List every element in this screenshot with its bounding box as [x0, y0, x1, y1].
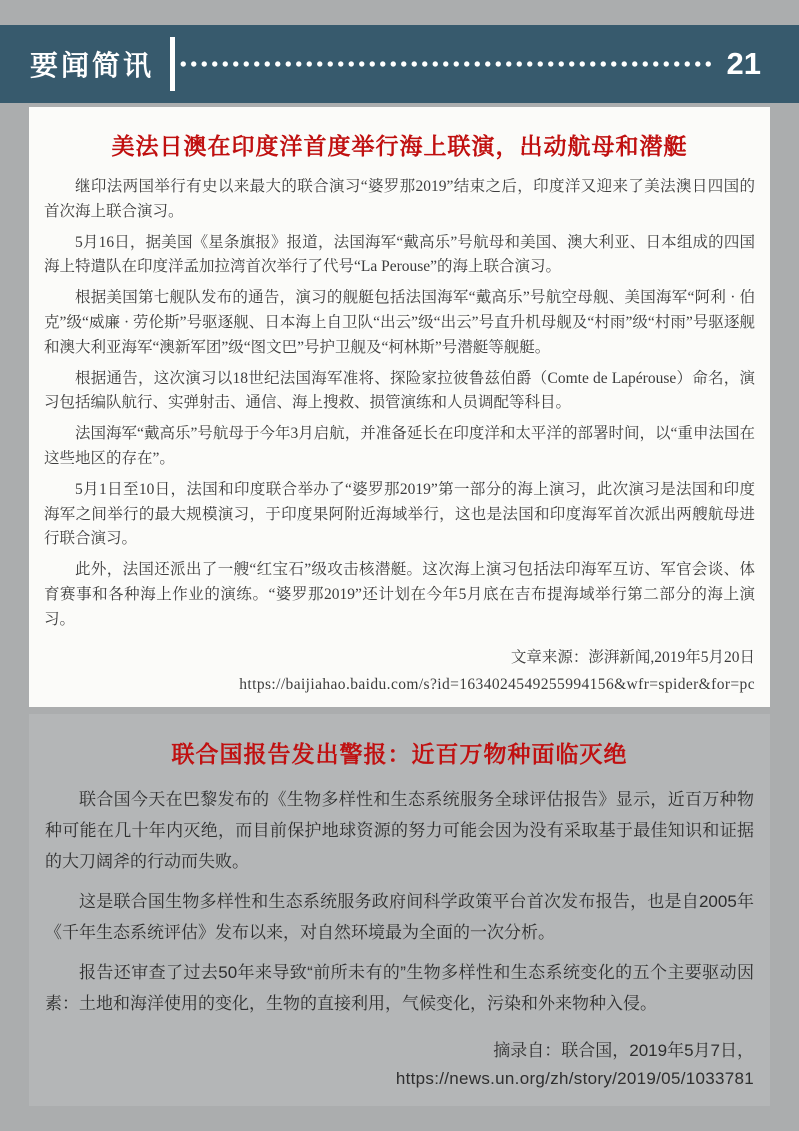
- article1-paragraph: 5月1日至10日，法国和印度联合举办了“婆罗那2019”第一部分的海上演习，此次…: [44, 478, 755, 552]
- article2-paragraph: 这是联合国生物多样性和生态系统服务政府间科学政策平台首次发布报告，也是自2005…: [45, 887, 754, 949]
- header-divider-bar: [170, 37, 175, 91]
- article1-paragraph: 根据通告，这次演习以18世纪法国海军准将、探险家拉彼鲁兹伯爵（Comte de …: [44, 367, 755, 417]
- article2-paragraph: 联合国今天在巴黎发布的《生物多样性和生态系统服务全球评估报告》显示，近百万种物种…: [45, 785, 754, 878]
- dotted-leader: [178, 61, 711, 67]
- article2-section: 联合国报告发出警报：近百万物种面临灭绝 联合国今天在巴黎发布的《生物多样性和生态…: [29, 714, 770, 1106]
- page: { "header": { "title": "要闻简讯", "page_num…: [0, 0, 799, 1131]
- article1-card: 美法日澳在印度洋首度举行海上联演，出动航母和潜艇 继印法两国举行有史以来最大的联…: [29, 107, 770, 707]
- article1-paragraph: 继印法两国举行有史以来最大的联合演习“婆罗那2019”结束之后，印度洋又迎来了美…: [44, 175, 755, 225]
- article2-paragraph: 报告还审查了过去50年来导致“前所未有的”生物多样性和生态系统变化的五个主要驱动…: [45, 958, 754, 1020]
- article1-source: 文章来源：澎湃新闻,2019年5月20日: [44, 645, 755, 667]
- page-number: 21: [727, 46, 761, 82]
- article2-url[interactable]: https://news.un.org/zh/story/2019/05/103…: [45, 1069, 754, 1089]
- article1-url[interactable]: https://baijiahao.baidu.com/s?id=1634024…: [44, 676, 755, 694]
- header-bar: 要闻简讯 21: [0, 25, 799, 103]
- article1-title: 美法日澳在印度洋首度举行海上联演，出动航母和潜艇: [44, 128, 755, 161]
- article1-paragraph: 5月16日，据美国《星条旗报》报道，法国海军“戴高乐”号航母和美国、澳大利亚、日…: [44, 231, 755, 281]
- article2-source: 摘录自：联合国，2019年5月7日，: [45, 1036, 754, 1061]
- article1-paragraph: 此外，法国还派出了一艘“红宝石”级攻击核潜艇。这次海上演习包括法印海军互访、军官…: [44, 558, 755, 632]
- article2-title: 联合国报告发出警报：近百万物种面临灭绝: [45, 736, 754, 769]
- article1-paragraph: 法国海军“戴高乐”号航母于今年3月启航，并准备延长在印度洋和太平洋的部署时间，以…: [44, 422, 755, 472]
- section-title: 要闻简讯: [30, 44, 154, 84]
- article1-paragraph: 根据美国第七舰队发布的通告，演习的舰艇包括法国海军“戴高乐”号航空母舰、美国海军…: [44, 286, 755, 360]
